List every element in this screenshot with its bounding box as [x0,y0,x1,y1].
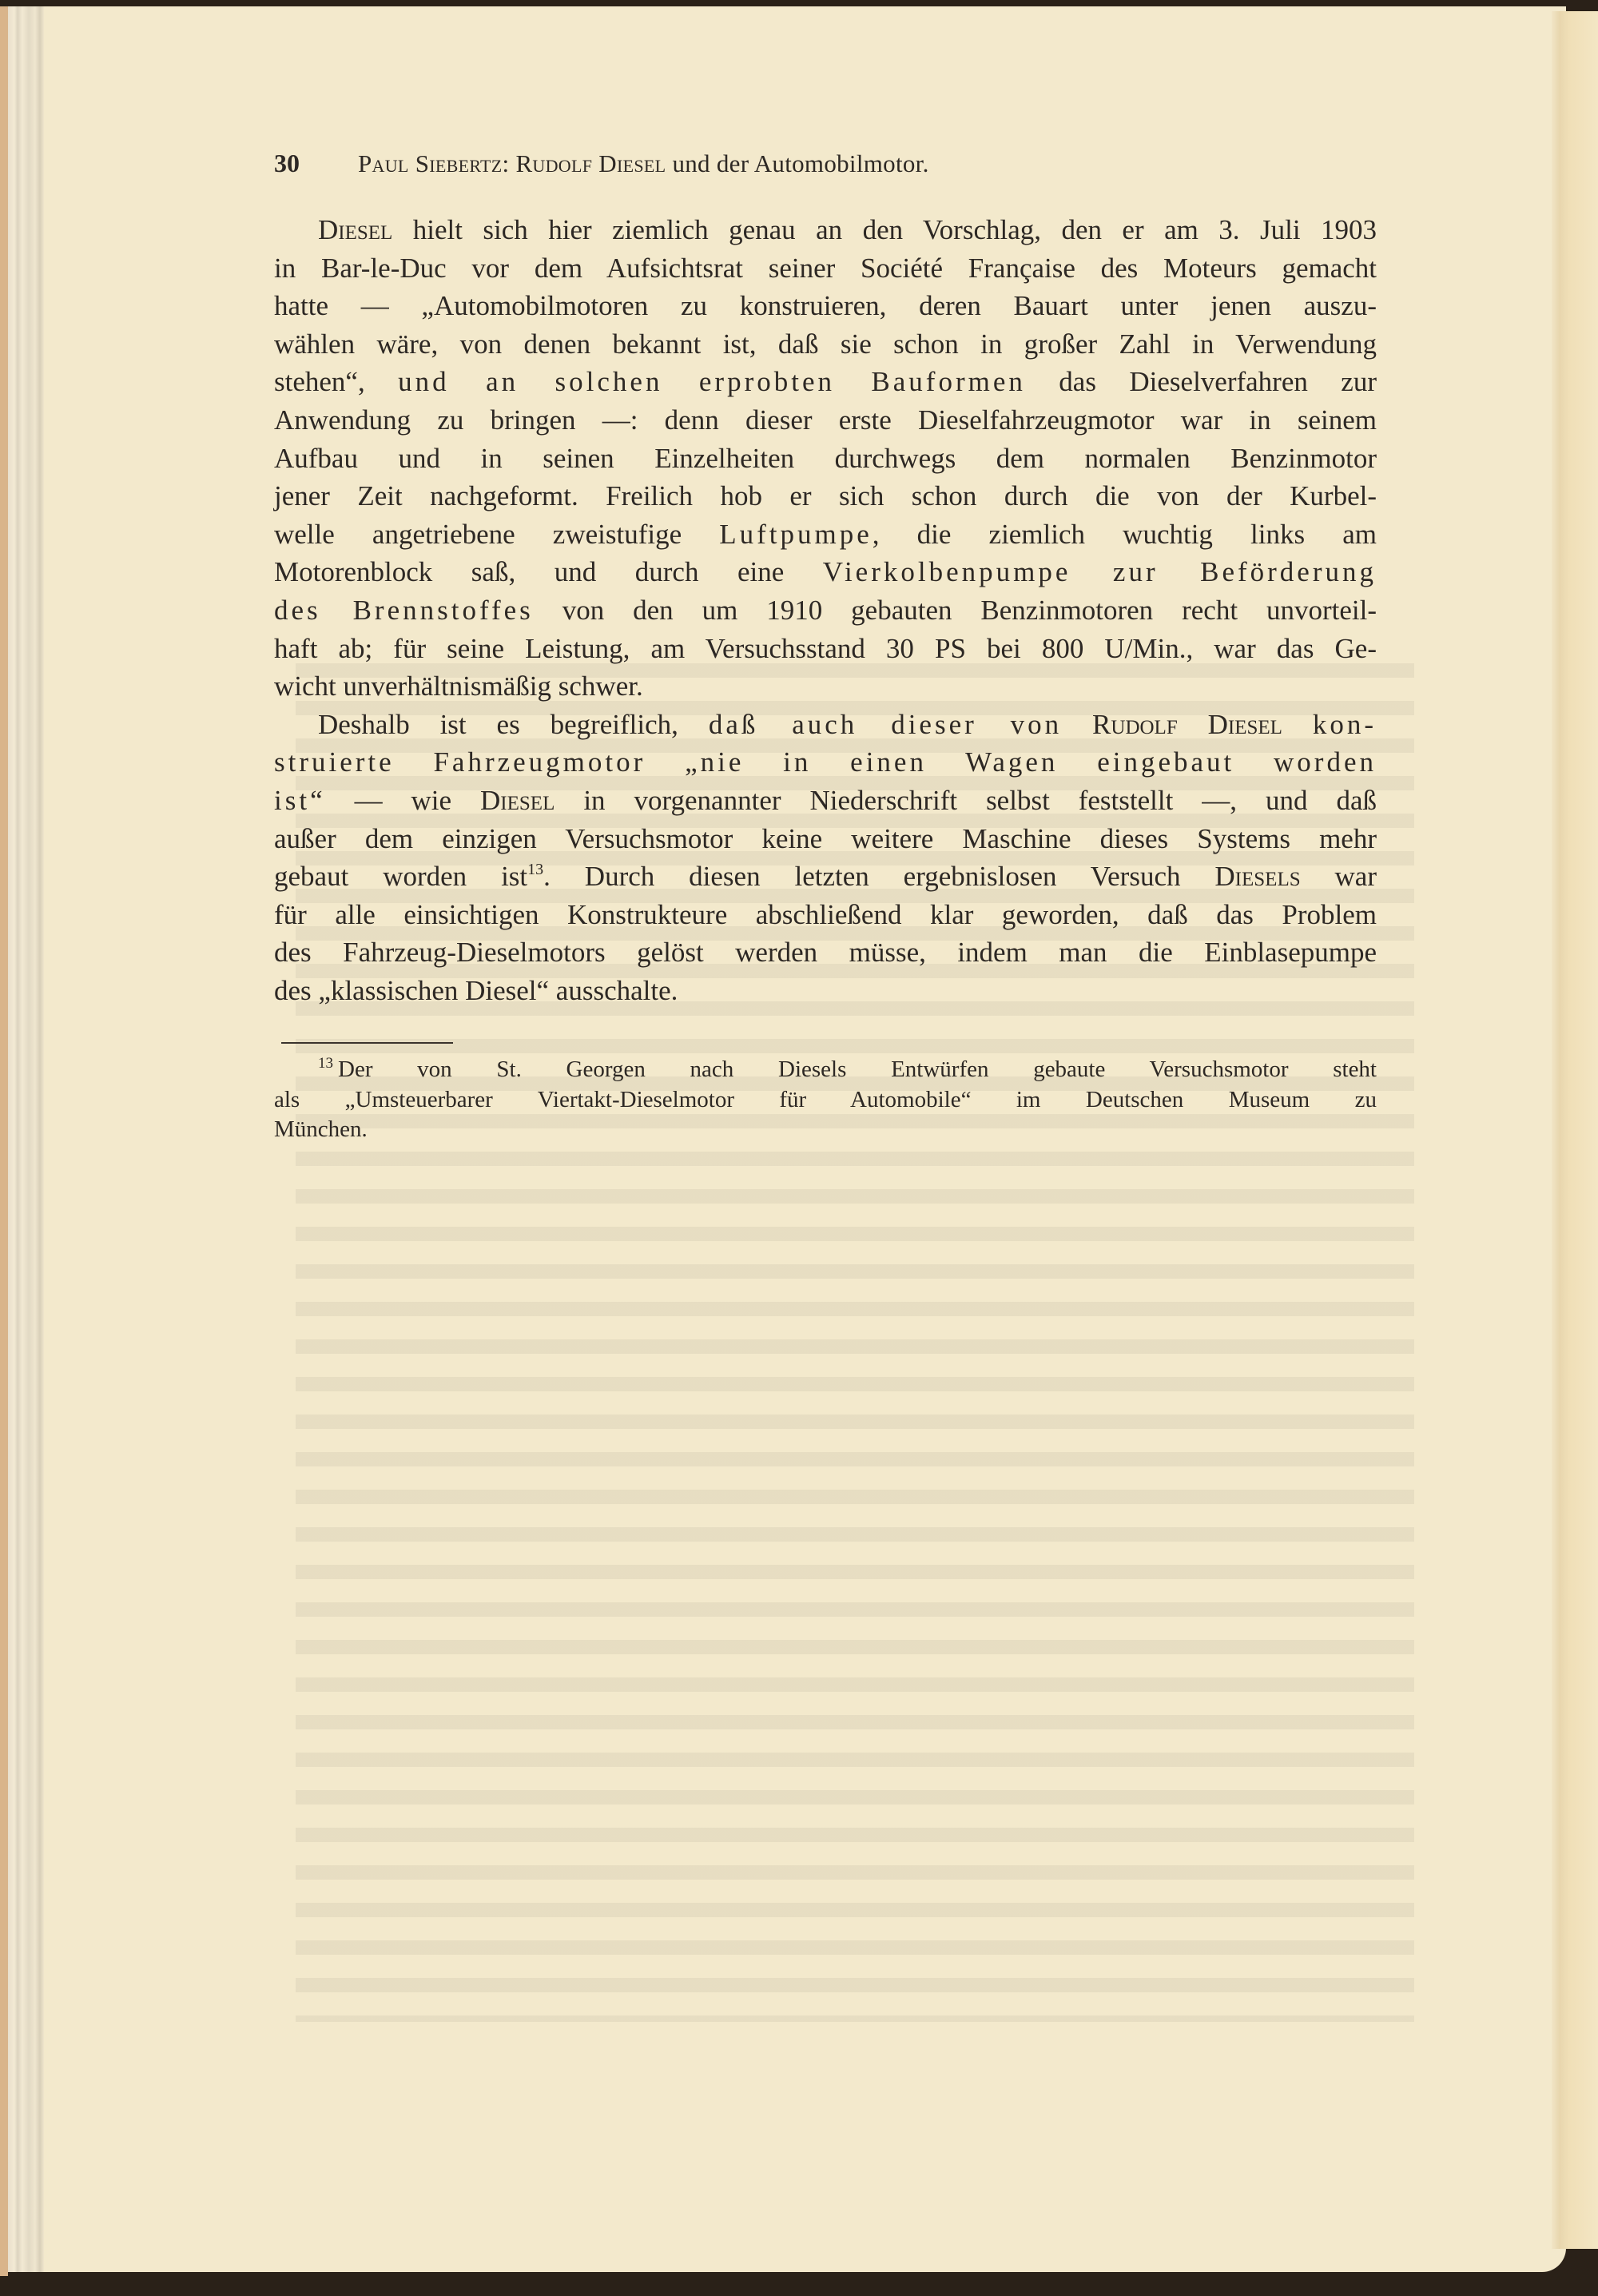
footnote-divider [281,1042,453,1044]
page-gutter [1552,11,1598,2249]
running-head: 30 Paul Siebertz: Rudolf Diesel und der … [274,149,1377,178]
text-line: außer dem einzigen Versuchsmotor keine w… [274,820,1377,858]
text-line: des Fahrzeug-Dieselmotors gelöst werden … [274,933,1377,972]
footnote-line: 13Der von St. Georgen nach Diesels Entwü… [274,1055,1377,1085]
text-line: gebaut worden ist13. Durch diesen letzte… [274,858,1377,896]
text-line: wicht unverhältnismäßig schwer. [274,667,1377,706]
text-line: Anwendung zu bringen —: denn dieser erst… [274,401,1377,440]
text-line: hatte — „Automobilmotoren zu konstruiere… [274,287,1377,325]
page-stack-edge [8,6,44,2272]
text-line: in Bar-le-Duc vor dem Aufsichtsrat seine… [274,249,1377,288]
paragraph-1: Diesel hielt sich hier ziemlich genau an… [274,211,1377,706]
running-head-rest: und der Automobilmotor. [672,149,928,177]
emphasis-spaced: ist“ [274,785,326,816]
book-cover-edge [0,6,8,2276]
footnote-line: München. [274,1115,1377,1145]
footnote-13: 13Der von St. Georgen nach Diesels Entwü… [274,1055,1377,1145]
name-rudolf-diesel: Rudolf Diesel [1092,709,1282,740]
name-diesel: Diesel [480,785,555,816]
emphasis-spaced: und an solchen erprobten Bauformen [398,366,1026,397]
text-line: welle angetriebene zweistufige Luftpumpe… [274,515,1377,554]
page-number: 30 [274,149,346,178]
text-line: stehen“, und an solchen erprobten Baufor… [274,363,1377,401]
footnote-reference[interactable]: 13 [527,861,543,878]
text-line: struierte Fahrzeugmotor „nie in einen Wa… [274,743,1377,782]
text-line: ist“ — wie Diesel in vorgenannter Nieder… [274,782,1377,820]
body-text: Diesel hielt sich hier ziemlich genau an… [274,211,1377,1009]
text-line: des Brennstoffes von den um 1910 gebaute… [274,591,1377,630]
emphasis-spaced: des Brennstoffes [274,595,534,626]
emphasis-spaced: Vierkolbenpumpe zur Beförderung [823,556,1377,587]
emphasis-spaced: daß auch dieser von [709,709,1062,740]
running-head-author: Paul Siebertz [358,149,502,177]
name-diesels: Diesels [1214,861,1300,892]
text-line: haft ab; für seine Leistung, am Versuchs… [274,630,1377,668]
text-line: für alle einsichtigen Konstrukteure absc… [274,896,1377,934]
paragraph-2: Deshalb ist es begreiflich, daß auch die… [274,706,1377,1010]
text-line: Motorenblock saß, und durch eine Vierkol… [274,553,1377,591]
text-line: des „klassischen Diesel“ ausschalte. [274,972,1377,1010]
text-line: Deshalb ist es begreiflich, daß auch die… [274,706,1377,744]
name-diesel: Diesel [318,214,392,245]
running-head-subject: Rudolf Diesel [515,149,666,177]
text-line: jener Zeit nachgeformt. Freilich hob er … [274,477,1377,515]
text-line: Diesel hielt sich hier ziemlich genau an… [274,211,1377,249]
emphasis-spaced: Luftpumpe [719,519,873,550]
text-line: Aufbau und in seinen Einzelheiten durchw… [274,440,1377,478]
running-head-title: Paul Siebertz: Rudolf Diesel und der Aut… [358,149,929,178]
footnote-mark: 13 [318,1055,333,1072]
text-line: wählen wäre, von denen bekannt ist, daß … [274,325,1377,364]
footnote-line: als „Umsteuerbarer Viertakt-Dieselmotor … [274,1085,1377,1116]
running-head-separator: : [502,149,509,177]
